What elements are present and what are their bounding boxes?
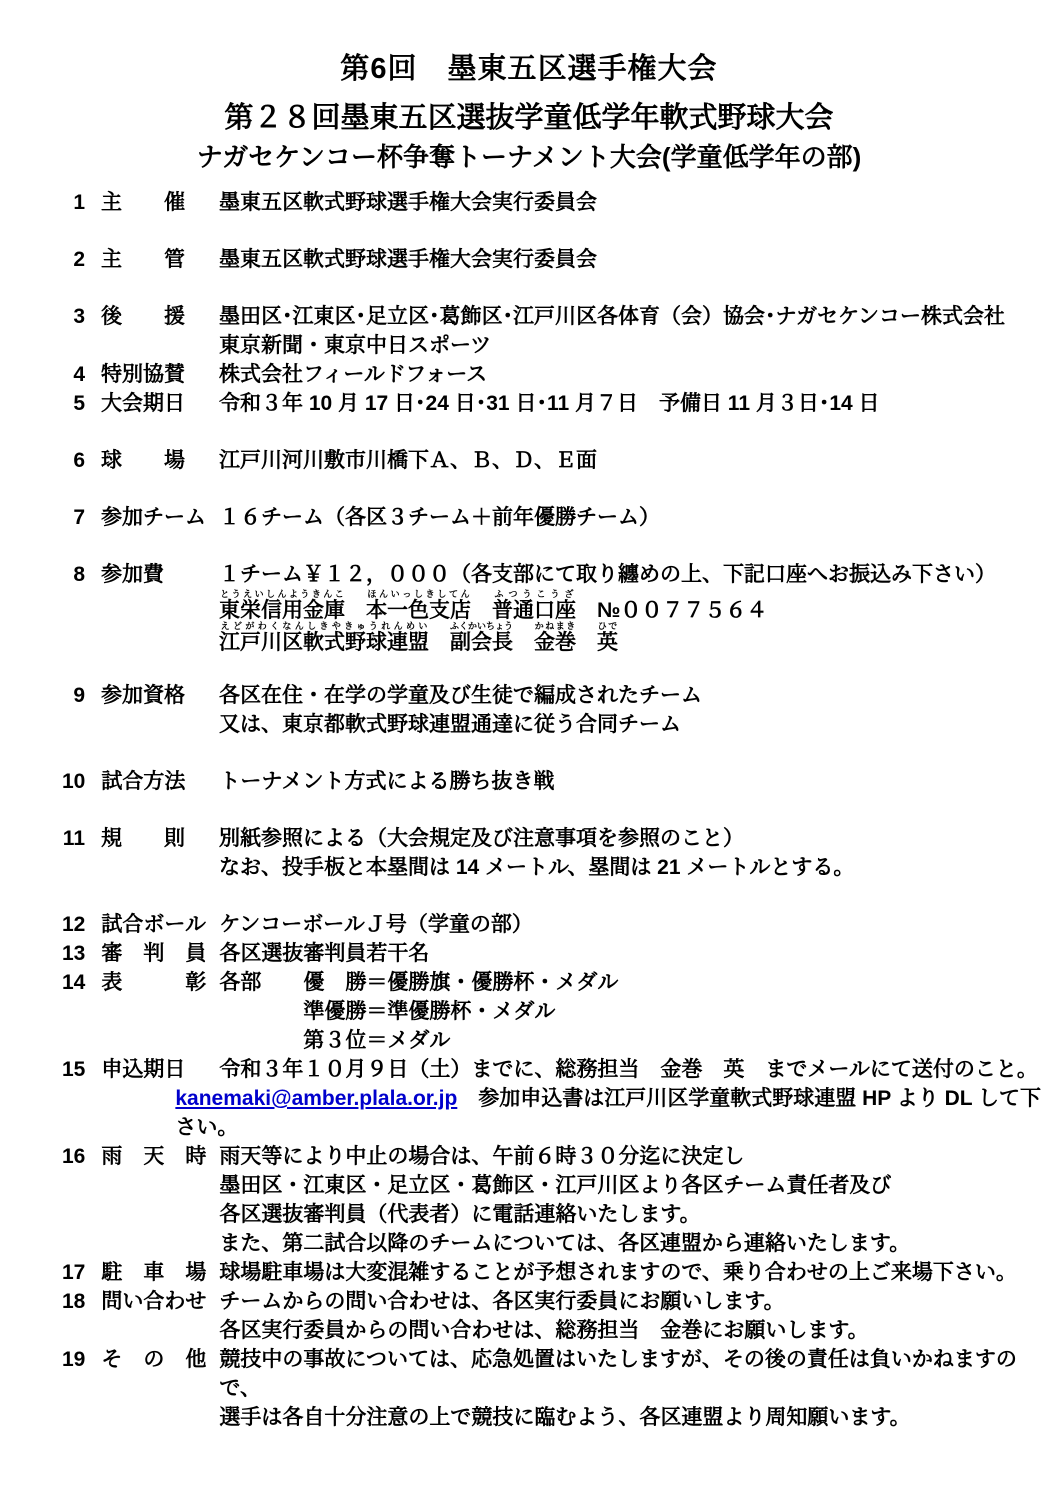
item-line: 各区選抜審判員若干名 (219, 939, 1048, 968)
item-label: 主 管 (101, 245, 219, 274)
ruby-segment: 普通口座ふつうこうざ (492, 599, 576, 622)
item-label: 参加資格 (101, 681, 219, 710)
ruby-base: 普通口座 (492, 599, 576, 622)
item-label: 主 催 (101, 188, 219, 217)
ruby-base (429, 631, 450, 654)
item-content: チームからの問い合わせは、各区実行委員にお願いします。各区実行委員からの問い合わ… (219, 1287, 1048, 1345)
item-row: 3後 援墨田区･江東区･足立区･葛飾区･江戸川区各体育（会）協会･ナガセケンコー… (62, 302, 1048, 360)
ruby-segment (576, 631, 597, 654)
item-content: 令和３年１０月９日（土）までに、総務担当 金巻 英 までメールにて送付のこと。k… (219, 1055, 1048, 1142)
item-line: なお、投手板と本塁間は 14 メートル、塁間は 21 メートルとする。 (219, 853, 1048, 882)
item-row: 11規 則別紙参照による（大会規定及び注意事項を参照のこと）なお、投手板と本塁間… (62, 824, 1048, 882)
item-content: 墨田区･江東区･足立区･葛飾区･江戸川区各体育（会）協会･ナガセケンコー株式会社… (219, 302, 1048, 360)
item-number: 5 (62, 389, 85, 418)
ruby-base: 本一色支店 (366, 599, 471, 622)
item-number: 3 (62, 302, 85, 331)
item-line: 別紙参照による（大会規定及び注意事項を参照のこと） (219, 824, 1048, 853)
item-content: 令和３年 10 月 17 日･24 日･31 日･11 月７日 予備日 11 月… (219, 389, 1048, 418)
item-content: 各部 優 勝＝優勝旗・優勝杯・メダル 準優勝＝準優勝杯・メダル 第３位＝メダル (219, 968, 1048, 1055)
item-number: 1 (62, 188, 85, 217)
item-row: 2主 管墨東五区軟式野球選手権大会実行委員会 (62, 245, 1048, 274)
title-tournament: ナガセケンコー杯争奪トーナメント大会(学童低学年の部) (62, 141, 996, 173)
item-number: 10 (62, 767, 85, 796)
item-number: 6 (62, 446, 85, 475)
item-row: 13審 判 員各区選抜審判員若干名 (62, 939, 1048, 968)
item-label: そ の 他 (101, 1345, 219, 1374)
item-line: また、第二試合以降のチームについては、各区連盟から連絡いたします。 (219, 1229, 1048, 1258)
item-line: 墨東五区軟式野球選手権大会実行委員会 (219, 188, 1048, 217)
item-row: 16雨 天 時雨天等により中止の場合は、午前６時３０分迄に決定し墨田区・江東区・… (62, 1142, 1048, 1258)
item-row: 5大会期日令和３年 10 月 17 日･24 日･31 日･11 月７日 予備日… (62, 389, 1048, 418)
ruby-segment (345, 599, 366, 622)
item-number: 19 (62, 1345, 85, 1374)
item-content: トーナメント方式による勝ち抜き戦 (219, 767, 1048, 796)
item-row: 4特別協賛株式会社フィールドフォース (62, 360, 1048, 389)
item-label: 試合ボール (101, 910, 219, 939)
ruby-segment: 英ひで (597, 631, 618, 654)
item-number: 9 (62, 681, 85, 710)
item-line: 準優勝＝準優勝杯・メダル (219, 997, 1048, 1026)
item-content: １６チーム（各区３チーム＋前年優勝チーム） (219, 503, 1048, 532)
item-line: 令和３年１０月９日（土）までに、総務担当 金巻 英 までメールにて送付のこと。 (219, 1055, 1048, 1084)
ruby-base: 副会長 (450, 631, 513, 654)
item-number: 11 (62, 824, 85, 853)
item-row: 17駐 車 場球場駐車場は大変混雑することが予想されますので、乗り合わせの上ご来… (62, 1258, 1048, 1287)
ruby-base: 東栄信用金庫 (219, 599, 345, 622)
item-number: 7 (62, 503, 85, 532)
item-number: 17 (62, 1258, 85, 1287)
item-content: 雨天等により中止の場合は、午前６時３０分迄に決定し墨田区・江東区・足立区・葛飾区… (219, 1142, 1048, 1258)
item-label: 審 判 員 (101, 939, 219, 968)
item-label: 問い合わせ (101, 1287, 219, 1316)
furigana-text: とうえいしんようきんこ (219, 589, 345, 599)
item-content: ケンコーボールＪ号（学童の部） (219, 910, 1048, 939)
item-label: 雨 天 時 (101, 1142, 219, 1171)
ruby-line: 江戸川区軟式野球連盟えどがわくなんしきやきゅうれんめい 副会長ふくかいちょう 金… (219, 621, 1048, 653)
item-content: １チーム￥１２，０００（各支部にて取り纏めの上、下記口座へお振込み下さい）東栄信… (219, 560, 1048, 653)
item-row: 19そ の 他競技中の事故については、応急処置はいたしますが、その後の責任は負い… (62, 1345, 1048, 1432)
item-row: 8参加費１チーム￥１２，０００（各支部にて取り纏めの上、下記口座へお振込み下さい… (62, 560, 1048, 653)
item-row: 18問い合わせチームからの問い合わせは、各区実行委員にお願いします。各区実行委員… (62, 1287, 1048, 1345)
item-line: ケンコーボールＪ号（学童の部） (219, 910, 1048, 939)
item-line: 墨田区・江東区・足立区・葛飾区・江戸川区より各区チーム責任者及び (219, 1171, 1048, 1200)
furigana-text: ふくかいちょう (450, 621, 513, 631)
item-line: 又は、東京都軟式野球連盟通達に従う合同チーム (219, 710, 1048, 739)
item-line: 令和３年 10 月 17 日･24 日･31 日･11 月７日 予備日 11 月… (219, 389, 1048, 418)
ruby-segment (471, 599, 492, 622)
item-line: トーナメント方式による勝ち抜き戦 (219, 767, 1048, 796)
item-number: 15 (62, 1055, 85, 1084)
ruby-segment: 本一色支店ほんいっしきしてん (366, 599, 471, 622)
item-row: 9参加資格各区在住・在学の学童及び生徒で編成されたチーム又は、東京都軟式野球連盟… (62, 681, 1048, 739)
item-row: 14表 彰各部 優 勝＝優勝旗・優勝杯・メダル 準優勝＝準優勝杯・メダル 第３位… (62, 968, 1048, 1055)
item-row: 1主 催墨東五区軟式野球選手権大会実行委員会 (62, 188, 1048, 217)
item-label: 申込期日 (101, 1055, 219, 1084)
item-content: 別紙参照による（大会規定及び注意事項を参照のこと）なお、投手板と本塁間は 14 … (219, 824, 1048, 882)
item-label: 参加費 (101, 560, 219, 589)
ruby-segment: 江戸川区軟式野球連盟えどがわくなんしきやきゅうれんめい (219, 631, 429, 654)
item-number: 2 (62, 245, 85, 274)
item-number: 8 (62, 560, 85, 589)
item-line: 東京新聞・東京中日スポーツ (219, 331, 1048, 360)
item-line: 各区在住・在学の学童及び生徒で編成されたチーム (219, 681, 1048, 710)
item-number: 12 (62, 910, 85, 939)
furigana-text: ほんいっしきしてん (366, 589, 471, 599)
item-line: 球場駐車場は大変混雑することが予想されますので、乗り合わせの上ご来場下さい。 (219, 1258, 1048, 1287)
furigana-text: えどがわくなんしきやきゅうれんめい (219, 621, 429, 631)
item-row: 12試合ボールケンコーボールＪ号（学童の部） (62, 910, 1048, 939)
ruby-base: 英 (597, 631, 618, 654)
ruby-segment: 金巻かねまき (534, 631, 576, 654)
item-line: 株式会社フィールドフォース (219, 360, 1048, 389)
item-number: 18 (62, 1287, 85, 1316)
ruby-base (513, 631, 534, 654)
document-page: 第6回 墨東五区選手権大会 第２８回墨東五区選抜学童低学年軟式野球大会 ナガセケ… (0, 0, 1058, 1432)
item-label: 後 援 (101, 302, 219, 331)
item-number: 16 (62, 1142, 85, 1171)
item-line: 墨田区･江東区･足立区･葛飾区･江戸川区各体育（会）協会･ナガセケンコー株式会社 (219, 302, 1048, 331)
item-line: 各区実行委員からの問い合わせは、総務担当 金巻にお願いします。 (219, 1316, 1048, 1345)
document-header: 第6回 墨東五区選手権大会 第２８回墨東五区選抜学童低学年軟式野球大会 ナガセケ… (62, 50, 996, 173)
ruby-segment: №００７７５６４ (576, 599, 767, 622)
ruby-segment: 副会長ふくかいちょう (450, 631, 513, 654)
ruby-base: 金巻 (534, 631, 576, 654)
item-line: 雨天等により中止の場合は、午前６時３０分迄に決定し (219, 1142, 1048, 1171)
furigana-text: ふつうこうざ (492, 589, 576, 599)
item-line: 競技中の事故については、応急処置はいたしますが、その後の責任は負いかねますので、 (219, 1345, 1048, 1403)
item-number: 14 (62, 968, 85, 997)
item-line: 各部 優 勝＝優勝旗・優勝杯・メダル (219, 968, 1048, 997)
ruby-segment (513, 631, 534, 654)
item-number: 13 (62, 939, 85, 968)
item-label: 特別協賛 (101, 360, 219, 389)
item-line: 選手は各自十分注意の上で競技に臨むよう、各区連盟より周知願います。 (219, 1403, 1048, 1432)
ruby-base (576, 631, 597, 654)
item-line: １６チーム（各区３チーム＋前年優勝チーム） (219, 503, 1048, 532)
item-label: 球 場 (101, 446, 219, 475)
item-line: チームからの問い合わせは、各区実行委員にお願いします。 (219, 1287, 1048, 1316)
email-link[interactable]: kanemaki@amber.plala.or.jp (175, 1087, 457, 1110)
item-label: 規 則 (101, 824, 219, 853)
item-label: 表 彰 (101, 968, 219, 997)
item-content: 株式会社フィールドフォース (219, 360, 1048, 389)
item-label: 試合方法 (101, 767, 219, 796)
items-list: 1主 催墨東五区軟式野球選手権大会実行委員会2主 管墨東五区軟式野球選手権大会実… (62, 188, 1048, 1432)
furigana-text: ひで (597, 621, 618, 631)
item-content: 各区在住・在学の学童及び生徒で編成されたチーム又は、東京都軟式野球連盟通達に従う… (219, 681, 1048, 739)
title-main: 第6回 墨東五区選手権大会 (62, 50, 996, 88)
item-content: 墨東五区軟式野球選手権大会実行委員会 (219, 245, 1048, 274)
ruby-base (471, 599, 492, 622)
ruby-base: №００７７５６４ (576, 599, 767, 622)
item-line: 各区選抜審判員（代表者）に電話連絡いたします。 (219, 1200, 1048, 1229)
ruby-base (345, 599, 366, 622)
item-content: 江戸川河川敷市川橋下Ａ、Ｂ、Ｄ、Ｅ面 (219, 446, 1048, 475)
ruby-segment (429, 631, 450, 654)
item-number: 4 (62, 360, 85, 389)
item-label: 大会期日 (101, 389, 219, 418)
item-content: 墨東五区軟式野球選手権大会実行委員会 (219, 188, 1048, 217)
item-line: 江戸川河川敷市川橋下Ａ、Ｂ、Ｄ、Ｅ面 (219, 446, 1048, 475)
item-row: 10試合方法トーナメント方式による勝ち抜き戦 (62, 767, 1048, 796)
item-row: 6球 場江戸川河川敷市川橋下Ａ、Ｂ、Ｄ、Ｅ面 (62, 446, 1048, 475)
ruby-line: 東栄信用金庫とうえいしんようきんこ 本一色支店ほんいっしきしてん 普通口座ふつう… (219, 589, 1048, 621)
ruby-base: 江戸川区軟式野球連盟 (219, 631, 429, 654)
item-row: 7参加チーム１６チーム（各区３チーム＋前年優勝チーム） (62, 503, 1048, 532)
ruby-segment: 東栄信用金庫とうえいしんようきんこ (219, 599, 345, 622)
item-content: 球場駐車場は大変混雑することが予想されますので、乗り合わせの上ご来場下さい。 (219, 1258, 1048, 1287)
item-row: 15申込期日令和３年１０月９日（土）までに、総務担当 金巻 英 までメールにて送… (62, 1055, 1048, 1142)
item-line: １チーム￥１２，０００（各支部にて取り纏めの上、下記口座へお振込み下さい） (219, 560, 1048, 589)
item-line: kanemaki@amber.plala.or.jp 参加申込書は江戸川区学童軟… (175, 1084, 1048, 1142)
furigana-text: かねまき (534, 621, 576, 631)
item-content: 各区選抜審判員若干名 (219, 939, 1048, 968)
item-label: 駐 車 場 (101, 1258, 219, 1287)
item-line: 墨東五区軟式野球選手権大会実行委員会 (219, 245, 1048, 274)
title-sub: 第２８回墨東五区選抜学童低学年軟式野球大会 (62, 100, 996, 136)
item-label: 参加チーム (101, 503, 219, 532)
item-line: 第３位＝メダル (219, 1026, 1048, 1055)
item-content: 競技中の事故については、応急処置はいたしますが、その後の責任は負いかねますので、… (219, 1345, 1048, 1432)
